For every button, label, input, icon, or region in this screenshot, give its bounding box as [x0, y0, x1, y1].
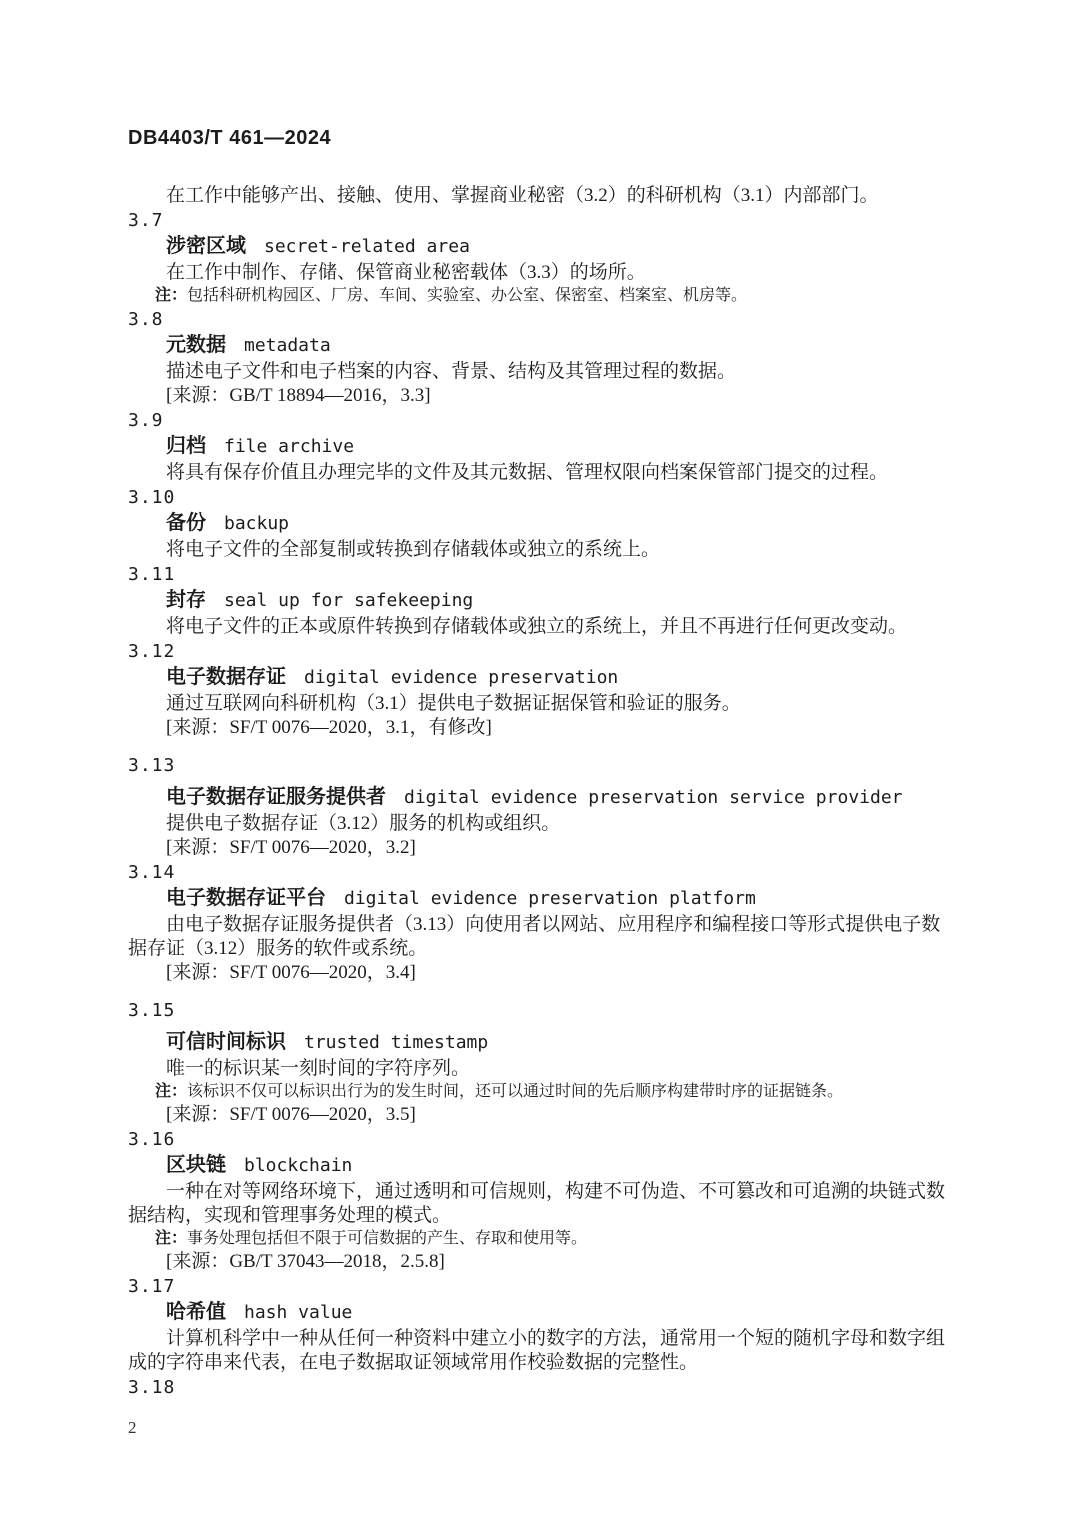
terms-content: 在工作中能够产出、接触、使用、掌握商业秘密（3.2）的科研机构（3.1）内部部门… [128, 184, 954, 1400]
term-english: backup [224, 513, 289, 534]
term-line: 哈希值hash value [166, 1299, 954, 1327]
term-block: 3.7 涉密区域secret-related area 在工作中制作、存储、保管… [128, 209, 954, 307]
term-block: 3.18 [128, 1376, 954, 1400]
definition-text: 计算机科学中一种从任何一种资料中建立小的数字的方法，通常用一个短的随机字母和数字… [128, 1327, 954, 1375]
note-line: 注：该标识不仅可以标识出行为的发生时间，还可以通过时间的先后顺序构建带时序的证据… [155, 1081, 954, 1103]
definition-text: 通过互联网向科研机构（3.1）提供电子数据证据保管和验证的服务。 [128, 692, 954, 716]
document-page: DB4403/T 461—2024 在工作中能够产出、接触、使用、掌握商业秘密（… [0, 0, 1080, 1528]
definition-text: 提供电子数据存证（3.12）服务的机构或组织。 [128, 812, 954, 836]
section-number: 3.8 [128, 308, 954, 332]
section-number: 3.12 [128, 640, 954, 664]
note-label: 注： [155, 1230, 187, 1247]
term-chinese: 电子数据存证 [166, 666, 286, 688]
intro-paragraph: 在工作中能够产出、接触、使用、掌握商业秘密（3.2）的科研机构（3.1）内部部门… [128, 184, 954, 208]
definition-text: 描述电子文件和电子档案的内容、背景、结构及其管理过程的数据。 [128, 360, 954, 384]
term-chinese: 区块链 [166, 1154, 226, 1176]
term-block: 3.13 电子数据存证服务提供者digital evidence preserv… [128, 754, 954, 860]
note-label: 注： [155, 287, 187, 304]
term-english: metadata [244, 335, 331, 356]
term-line: 电子数据存证平台digital evidence preservation pl… [166, 885, 954, 913]
term-line: 区块链blockchain [166, 1152, 954, 1180]
term-english: digital evidence preservation service pr… [404, 787, 903, 808]
term-chinese: 涉密区域 [166, 235, 246, 257]
term-line: 可信时间标识trusted timestamp [166, 1029, 954, 1057]
section-number: 3.13 [128, 754, 954, 778]
term-line: 电子数据存证digital evidence preservation [166, 664, 954, 692]
definition-text: 将电子文件的正本或原件转换到存储载体或独立的系统上，并且不再进行任何更改变动。 [128, 615, 954, 639]
term-line: 涉密区域secret-related area [166, 233, 954, 261]
term-line: 封存seal up for safekeeping [166, 587, 954, 615]
term-line: 元数据metadata [166, 332, 954, 360]
term-chinese: 封存 [166, 589, 206, 611]
source-line: [来源：GB/T 37043—2018，2.5.8] [166, 1250, 954, 1274]
term-line: 备份backup [166, 510, 954, 538]
doc-code-header: DB4403/T 461—2024 [128, 127, 331, 150]
section-number: 3.15 [128, 999, 954, 1023]
definition-text: 将具有保存价值且办理完毕的文件及其元数据、管理权限向档案保管部门提交的过程。 [128, 461, 954, 485]
term-chinese: 可信时间标识 [166, 1031, 286, 1053]
source-line: [来源：SF/T 0076—2020，3.4] [166, 961, 954, 985]
term-english: secret-related area [264, 236, 470, 257]
term-english: digital evidence preservation platform [344, 888, 756, 909]
term-chinese: 元数据 [166, 334, 226, 356]
term-english: digital evidence preservation [304, 667, 618, 688]
definition-text: 一种在对等网络环境下，通过透明和可信规则，构建不可伪造、不可篡改和可追溯的块链式… [128, 1180, 954, 1228]
term-english: trusted timestamp [304, 1032, 488, 1053]
term-block: 3.15 可信时间标识trusted timestamp 唯一的标识某一刻时间的… [128, 999, 954, 1127]
term-block: 3.17 哈希值hash value 计算机科学中一种从任何一种资料中建立小的数… [128, 1275, 954, 1375]
term-block: 3.10 备份backup 将电子文件的全部复制或转换到存储载体或独立的系统上。 [128, 486, 954, 562]
section-number: 3.7 [128, 209, 954, 233]
term-chinese: 备份 [166, 512, 206, 534]
term-chinese: 电子数据存证服务提供者 [166, 786, 386, 808]
section-number: 3.18 [128, 1376, 954, 1400]
definition-text: 唯一的标识某一刻时间的字符序列。 [128, 1057, 954, 1081]
term-line: 电子数据存证服务提供者digital evidence preservation… [166, 784, 954, 812]
term-chinese: 电子数据存证平台 [166, 887, 326, 909]
note-line: 注：事务处理包括但不限于可信数据的产生、存取和使用等。 [155, 1228, 954, 1250]
note-line: 注：包括科研机构园区、厂房、车间、实验室、办公室、保密室、档案室、机房等。 [155, 285, 954, 307]
section-number: 3.11 [128, 563, 954, 587]
term-block: 3.9 归档file archive 将具有保存价值且办理完毕的文件及其元数据、… [128, 409, 954, 485]
term-block: 3.16 区块链blockchain 一种在对等网络环境下，通过透明和可信规则，… [128, 1128, 954, 1274]
section-number: 3.16 [128, 1128, 954, 1152]
term-block: 3.12 电子数据存证digital evidence preservation… [128, 640, 954, 740]
page-number: 2 [128, 1418, 137, 1438]
term-english: blockchain [244, 1155, 352, 1176]
definition-text: 将电子文件的全部复制或转换到存储载体或独立的系统上。 [128, 538, 954, 562]
source-line: [来源：SF/T 0076—2020，3.2] [166, 836, 954, 860]
section-number: 3.14 [128, 861, 954, 885]
section-number: 3.17 [128, 1275, 954, 1299]
term-chinese: 哈希值 [166, 1301, 226, 1323]
source-line: [来源：SF/T 0076—2020，3.1，有修改] [166, 716, 954, 740]
source-line: [来源：SF/T 0076—2020，3.5] [166, 1103, 954, 1127]
term-block: 3.8 元数据metadata 描述电子文件和电子档案的内容、背景、结构及其管理… [128, 308, 954, 408]
term-block: 3.11 封存seal up for safekeeping 将电子文件的正本或… [128, 563, 954, 639]
note-label: 注： [155, 1083, 187, 1100]
term-block: 在工作中能够产出、接触、使用、掌握商业秘密（3.2）的科研机构（3.1）内部部门… [128, 184, 954, 208]
term-chinese: 归档 [166, 435, 206, 457]
term-english: hash value [244, 1302, 352, 1323]
term-english: file archive [224, 436, 354, 457]
note-text: 该标识不仅可以标识出行为的发生时间，还可以通过时间的先后顺序构建带时序的证据链条… [187, 1083, 843, 1100]
term-english: seal up for safekeeping [224, 590, 473, 611]
definition-text: 由电子数据存证服务提供者（3.13）向使用者以网站、应用程序和编程接口等形式提供… [128, 913, 954, 961]
definition-text: 在工作中制作、存储、保管商业秘密载体（3.3）的场所。 [128, 261, 954, 285]
note-text: 事务处理包括但不限于可信数据的产生、存取和使用等。 [187, 1230, 587, 1247]
source-line: [来源：GB/T 18894—2016，3.3] [166, 384, 954, 408]
note-text: 包括科研机构园区、厂房、车间、实验室、办公室、保密室、档案室、机房等。 [187, 287, 747, 304]
section-number: 3.10 [128, 486, 954, 510]
section-number: 3.9 [128, 409, 954, 433]
term-line: 归档file archive [166, 433, 954, 461]
term-block: 3.14 电子数据存证平台digital evidence preservati… [128, 861, 954, 985]
